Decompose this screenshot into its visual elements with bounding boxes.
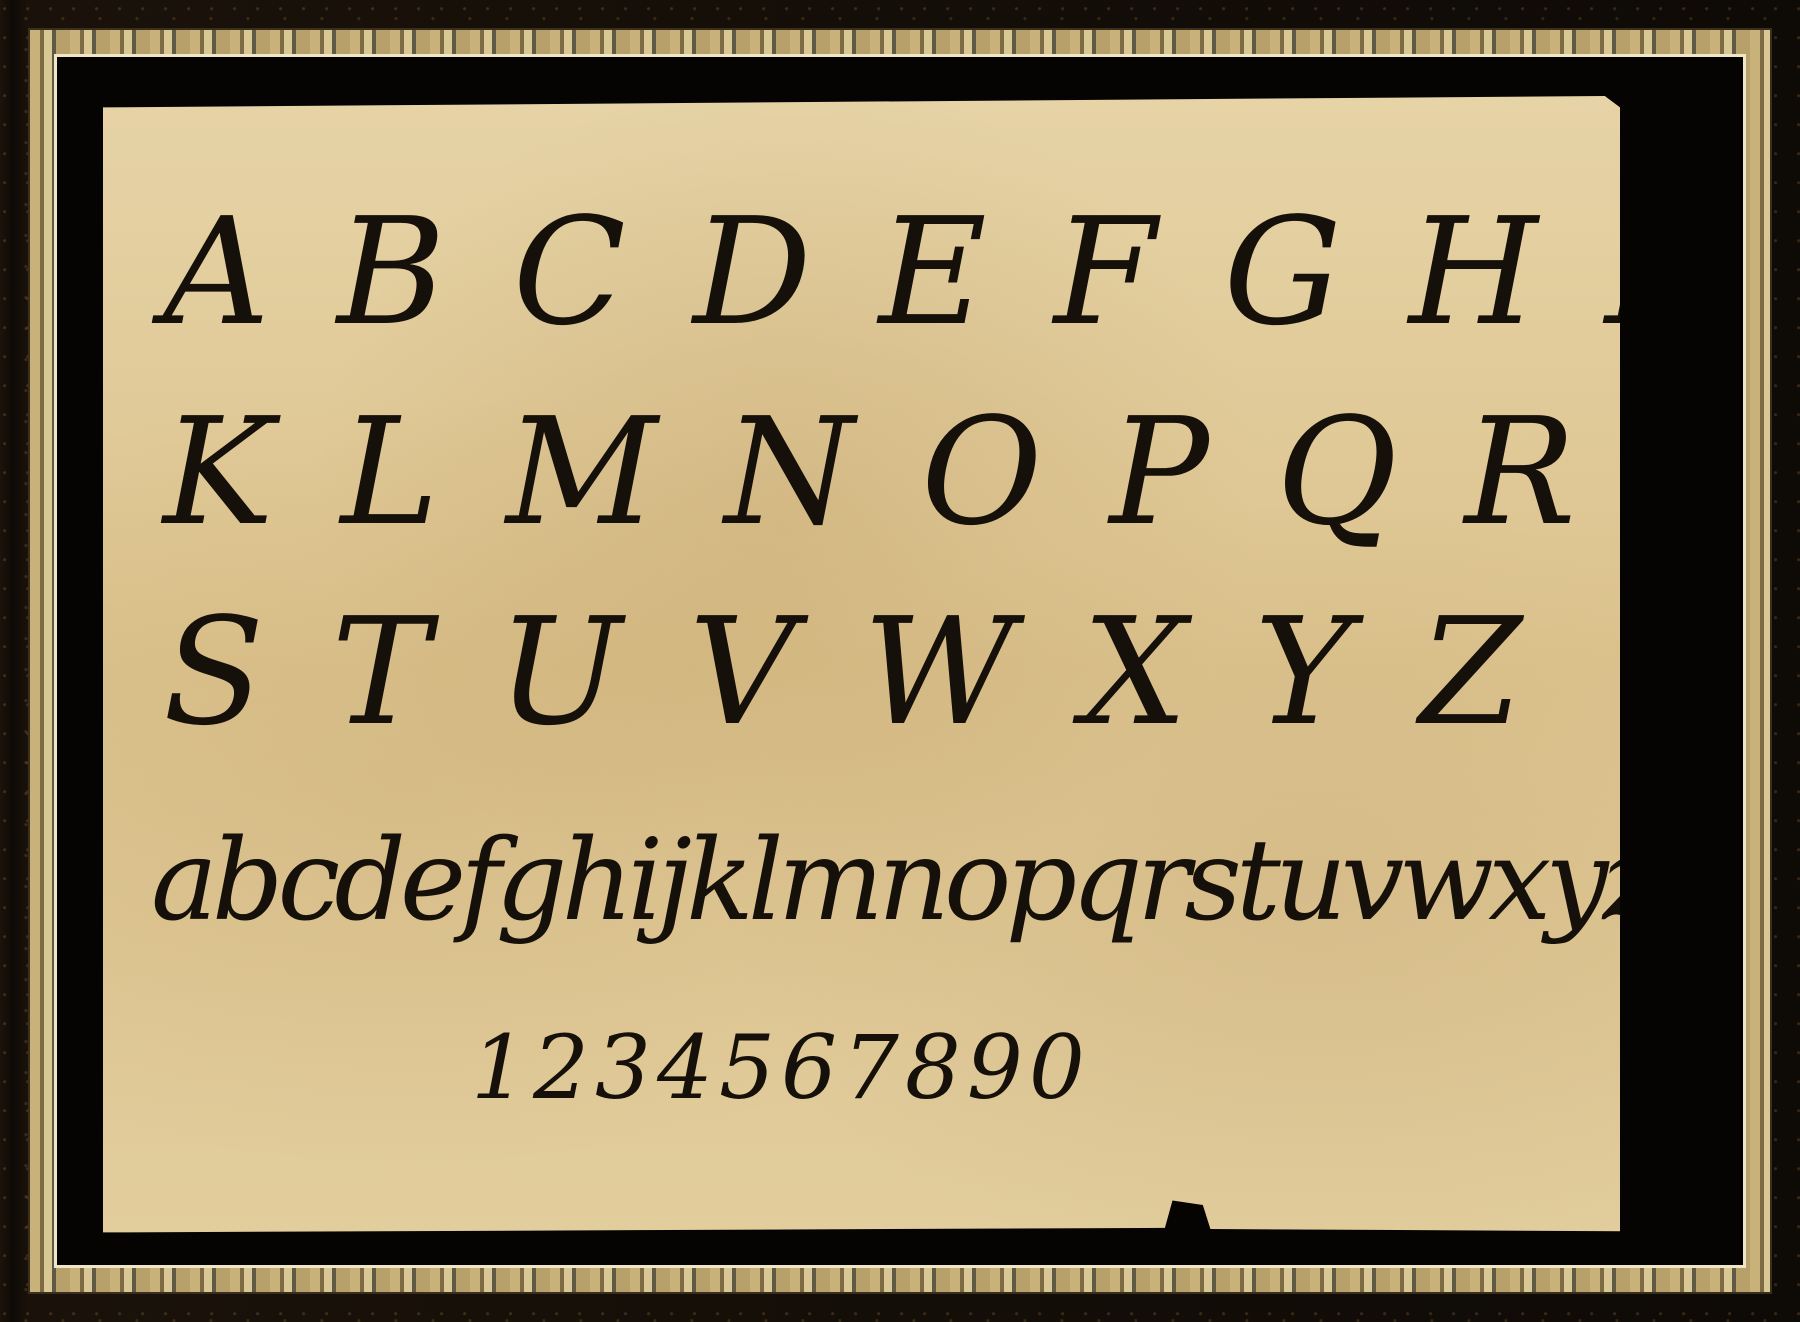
lowercase-row: abcdefghijklmnopqrstuvwxyz. bbox=[151, 816, 1668, 946]
uppercase-row-s-z: S T U V W X Y Z bbox=[163, 586, 1680, 758]
uppercase-row-a-j: A B C D E F G H I J bbox=[163, 186, 1680, 358]
uppercase-row-k-r: K L M N O P Q R bbox=[163, 386, 1680, 558]
aged-paper-sheet: A B C D E F G H I J K L M N O P Q R S T … bbox=[103, 96, 1620, 1237]
numerals-row: 1234567890 bbox=[471, 1016, 1800, 1119]
